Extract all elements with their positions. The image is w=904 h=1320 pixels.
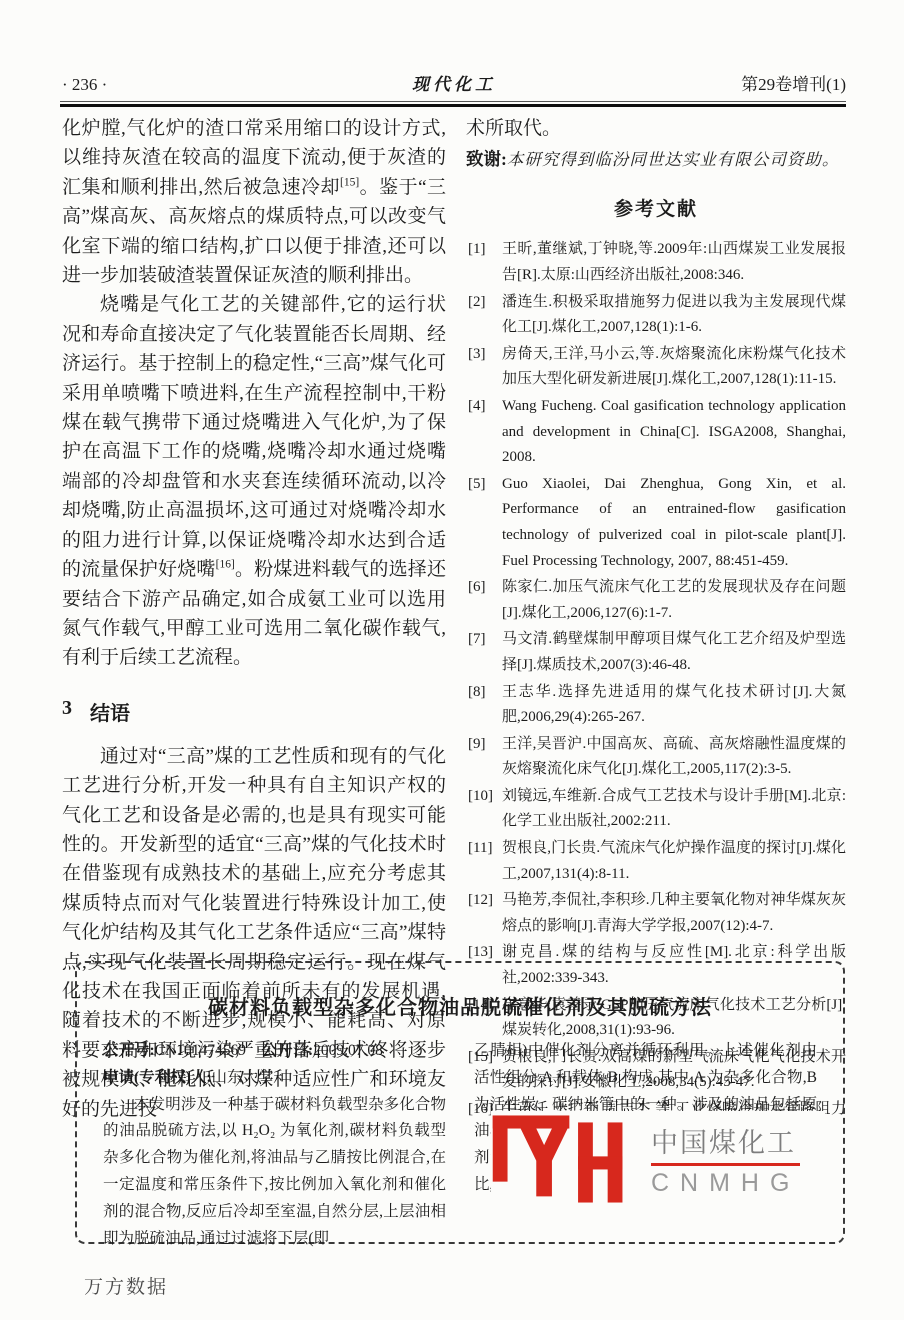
watermark-chinese: 中国煤化工 — [651, 1121, 800, 1166]
section-title: 结语 — [90, 697, 130, 726]
patent-applicant-meta: 申请(专利权)人:山东大学 — [103, 1065, 446, 1092]
reference-number: [12] — [468, 888, 493, 914]
reference-item: [6]陈家仁.加压气流床气化工艺的发展现状及存在问题[J].煤化工,2006,1… — [466, 575, 846, 626]
reference-number: [3] — [468, 342, 486, 368]
reference-number: [6] — [468, 575, 486, 601]
cnmhg-logo-icon — [491, 1115, 639, 1203]
pub-date-label: 公开日: — [261, 1042, 313, 1059]
reference-number: [7] — [468, 627, 486, 653]
patent-title: 碳材料负载型杂多化合物油品脱硫催化剂及其脱硫方法 — [103, 991, 817, 1020]
section-heading: 3 结语 — [62, 697, 446, 726]
reference-item: [9]王洋,吴晋沪.中国高灰、高硫、高灰熔融性温度煤的灰熔聚流化床气化[J].煤… — [466, 732, 846, 783]
reference-number: [1] — [468, 237, 486, 263]
applicant-value: 山东大学 — [212, 1069, 274, 1086]
reference-item: [11]贺根良,门长贵.气流床气化炉操作温度的探讨[J].煤化工,2007,13… — [466, 836, 846, 887]
patent-abstract-left: 本发明涉及一种基于碳材料负载型杂多化合物的油品脱硫方法,以 H₂O₂ 为氧化剂,… — [103, 1092, 446, 1253]
reference-item: [4]Wang Fucheng. Coal gasification techn… — [466, 394, 846, 471]
patent-pub-meta: 公开号:CN101474569 公开日:2009.07.08 — [103, 1038, 446, 1065]
reference-text: 马文清.鹤壁煤制甲醇项目煤气化工艺介绍及炉型选择[J].煤质技术,2007(3)… — [502, 631, 846, 673]
reference-text: 房倚天,王洋,马小云,等.灰熔聚流化床粉煤气化技术加压大型化研发新进展[J].煤… — [502, 346, 846, 388]
acknowledgement-label: 致谢: — [466, 149, 507, 169]
reference-number: [10] — [468, 784, 493, 810]
reference-text: 陈家仁.加压气流床气化工艺的发展现状及存在问题[J].煤化工,2006,127(… — [502, 579, 846, 621]
citation-superscript: [15] — [340, 176, 359, 188]
cnmhg-watermark: 中国煤化工 CNMHG — [491, 1111, 825, 1207]
applicant-label: 申请(专利权)人: — [103, 1069, 212, 1086]
patent-abstract-box: 碳材料负载型杂多化合物油品脱硫催化剂及其脱硫方法 公开号:CN101474569… — [75, 961, 845, 1244]
citation-superscript: [16] — [216, 559, 235, 571]
reference-text: Wang Fucheng. Coal gasification technolo… — [502, 398, 846, 465]
page-header: · 236 · 现代化工 第29卷增刊(1) — [62, 70, 846, 96]
journal-title: 现代化工 — [62, 70, 846, 95]
section-number: 3 — [62, 697, 72, 726]
references-heading: 参考文献 — [466, 194, 846, 221]
patent-left-column: 公开号:CN101474569 公开日:2009.07.08 申请(专利权)人:… — [103, 1038, 446, 1252]
reference-number: [5] — [468, 472, 486, 498]
paragraph-text: 烧嘴是气化工艺的关键部件,它的运行状况和寿命直接决定了气化装置能否长周期、经济运… — [62, 294, 446, 580]
reference-number: [2] — [468, 290, 486, 316]
acknowledgement-text: 本研究得到临汾同世达实业有限公司资助。 — [507, 150, 840, 169]
pub-date-value: 2009.07.08 — [313, 1042, 383, 1059]
reference-text: Guo Xiaolei, Dai Zhenghua, Gong Xin, et … — [502, 476, 846, 569]
reference-item: [3]房倚天,王洋,马小云,等.灰熔聚流化床粉煤气化技术加压大型化研发新进展[J… — [466, 342, 846, 393]
wanfang-brand: 万方数据 — [84, 1272, 168, 1299]
journal-page: · 236 · 现代化工 第29卷增刊(1) 化炉膛,气化炉的渣口常采用缩口的设… — [0, 0, 904, 1320]
reference-text: 王志华.选择先进适用的煤气化技术研讨[J].大氮肥,2006,29(4):265… — [502, 684, 846, 726]
paragraph-continuation: 术所取代。 — [466, 114, 846, 143]
reference-text: 刘镜远,车维新.合成气工艺技术与设计手册[M].北京:化学工业出版社,2002:… — [502, 788, 846, 830]
pub-no-value: CN101474569 — [155, 1042, 246, 1059]
reference-text: 王昕,董继斌,丁钟晓,等.2009年:山西煤炭工业发展报告[R].太原:山西经济… — [502, 241, 846, 283]
paragraph-text: 术所取代。 — [466, 118, 561, 139]
paragraph: 化炉膛,气化炉的渣口常采用缩口的设计方式,以维持灰渣在较高的温度下流动,便于灰渣… — [62, 114, 446, 290]
reference-number: [11] — [468, 836, 492, 862]
reference-item: [7]马文清.鹤壁煤制甲醇项目煤气化工艺介绍及炉型选择[J].煤质技术,2007… — [466, 627, 846, 678]
reference-item: [5]Guo Xiaolei, Dai Zhenghua, Gong Xin, … — [466, 472, 846, 574]
reference-number: [9] — [468, 732, 486, 758]
reference-item: [8]王志华.选择先进适用的煤气化技术研讨[J].大氮肥,2006,29(4):… — [466, 680, 846, 731]
reference-number: [8] — [468, 680, 486, 706]
watermark-latin: CNMHG — [651, 1169, 800, 1198]
reference-item: [10]刘镜远,车维新.合成气工艺技术与设计手册[M].北京:化学工业出版社,2… — [466, 784, 846, 835]
reference-text: 马艳芳,李侃社,李积珍.几种主要氧化物对神华煤灰灰熔点的影响[J].青海大学学报… — [502, 892, 846, 934]
reference-text: 王洋,吴晋沪.中国高灰、高硫、高灰熔融性温度煤的灰熔聚流化床气化[J].煤化工,… — [502, 736, 846, 778]
reference-item: [2]潘连生.积极采取措施努力促进以我为主发展现代煤化工[J].煤化工,2007… — [466, 290, 846, 341]
reference-text: 潘连生.积极采取措施努力促进以我为主发展现代煤化工[J].煤化工,2007,12… — [502, 294, 846, 336]
reference-item: [1]王昕,董继斌,丁钟晓,等.2009年:山西煤炭工业发展报告[R].太原:山… — [466, 237, 846, 288]
watermark-text: 中国煤化工 CNMHG — [651, 1121, 800, 1198]
acknowledgement: 致谢:本研究得到临汾同世达实业有限公司资助。 — [466, 145, 846, 174]
reference-item: [12]马艳芳,李侃社,李积珍.几种主要氧化物对神华煤灰灰熔点的影响[J].青海… — [466, 888, 846, 939]
paragraph: 烧嘴是气化工艺的关键部件,它的运行状况和寿命直接决定了气化装置能否长周期、经济运… — [62, 290, 446, 672]
reference-number: [4] — [468, 394, 486, 420]
pub-no-label: 公开号: — [103, 1042, 155, 1059]
header-rule — [60, 101, 846, 107]
reference-text: 贺根良,门长贵.气流床气化炉操作温度的探讨[J].煤化工,2007,131(4)… — [502, 840, 846, 882]
